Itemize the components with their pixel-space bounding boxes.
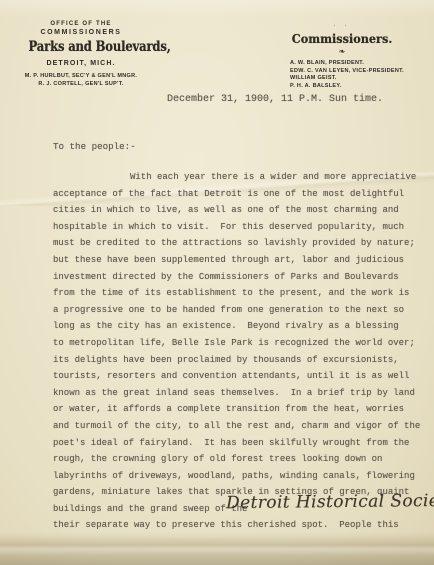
tick-marks: · · <box>280 24 404 29</box>
body-line: but these have been supplemented through… <box>53 252 420 269</box>
body-line: With each year there is a wider and more… <box>53 169 420 186</box>
body-line: and turmoil of the city, to all the rest… <box>53 418 420 435</box>
commissioners-title: Commissioners. <box>286 31 398 46</box>
date-line: December 31, 1900, 11 P.M. Sun time. <box>167 94 383 105</box>
commissioner-line: EDW. C. VAN LEYEN, VICE-PRESIDENT. <box>290 68 404 76</box>
body-line: acceptance of the fact that Detroit is o… <box>53 186 420 203</box>
body-line: known as the great inland seas themselve… <box>53 385 420 402</box>
body-line: from the time of its establishment to th… <box>53 285 420 302</box>
fleuron-icon: ❧ <box>280 47 404 56</box>
letter-body: With each year there is a wider and more… <box>53 169 420 534</box>
commissioner-line: A. W. BLAIN, PRESIDENT. <box>290 60 404 68</box>
officer-line: M. P. HURLBUT, SEC'Y & GEN'L MNGR. <box>20 73 142 81</box>
commissioners-list: A. W. BLAIN, PRESIDENT.EDW. C. VAN LEYEN… <box>280 60 404 90</box>
salutation: To the people:- <box>53 141 136 152</box>
body-line: its delights have been proclaimed by tho… <box>53 352 420 369</box>
letter-page: OFFICE OF THE COMMISSIONERS Parks and Bo… <box>0 0 434 565</box>
body-line: or water, it affords a complete transiti… <box>53 401 420 418</box>
letterhead-right: · · Commissioners. ❧ A. W. BLAIN, PRESID… <box>280 24 404 90</box>
watermark: Detroit Historical Society <box>226 491 434 513</box>
body-line: rough, the crowning glory of old forest … <box>53 451 420 468</box>
body-line: to metropolitan life, Belle Isle Park is… <box>53 335 420 352</box>
officers-list: M. P. HURLBUT, SEC'Y & GEN'L MNGR.R. J. … <box>20 73 142 88</box>
body-line: a progressive one to be handed from one … <box>53 302 420 319</box>
body-line: their separate way to preserve this cher… <box>53 517 420 534</box>
body-line: investment directed by the Commissioners… <box>53 269 420 286</box>
letterhead-left: OFFICE OF THE COMMISSIONERS Parks and Bo… <box>20 21 142 88</box>
body-line: must be credited to the attractions so l… <box>53 235 420 252</box>
city-line: DETROIT, MICH. <box>20 60 142 67</box>
body-line: tourists, resorters and convention atten… <box>53 368 420 385</box>
commissioner-line: WILLIAM GEIST. <box>290 75 404 83</box>
body-line: hospitable in which to visit. For this d… <box>53 219 420 236</box>
commissioner-line: P. H. A. BALSLEY. <box>290 83 404 91</box>
fold-crease-bottom <box>0 536 434 556</box>
body-line: labyrinths of driveways, woodland, paths… <box>53 468 420 485</box>
officer-line: R. J. CORTELL, GEN'L SUP'T. <box>20 81 142 89</box>
body-line: cities in which to live, as well as one … <box>53 202 420 219</box>
commissioners-line: COMMISSIONERS <box>20 29 142 36</box>
body-line: poet's ideal of fairyland. It has been s… <box>53 435 420 452</box>
office-of-the-line: OFFICE OF THE <box>20 21 142 27</box>
body-line: long as the city has an existence. Beyon… <box>53 318 420 335</box>
organization-name: Parks and Boulevards, <box>29 39 134 55</box>
